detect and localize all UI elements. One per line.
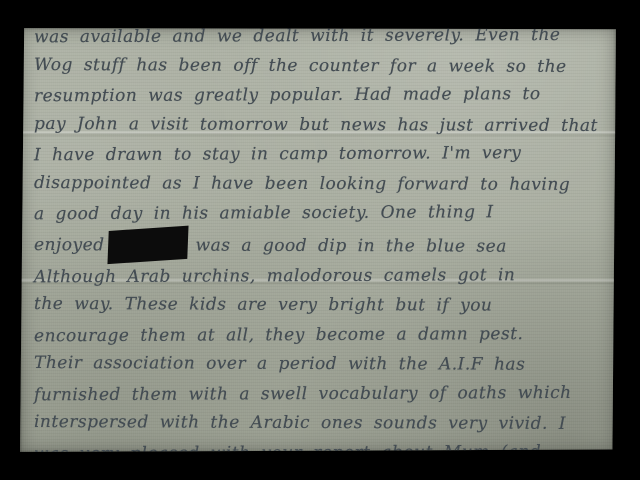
letter-line: Their association over a period with the… [34,349,612,381]
letter-line: interspersed with the Arabic ones sounds… [34,408,612,440]
letter-photo-screen: was available and we dealt with it sever… [0,0,640,480]
letter-line: I have drawn to stay in camp tomorrow. I… [34,139,612,171]
letter-line-redacted: enjoyedwas a good dip in the blue sea [34,227,612,262]
letter-line: resumption was greatly popular. Had made… [34,80,612,112]
letter-line: encourage them at all, they become a dam… [34,319,612,351]
letter-line: the way. These kids are very bright but … [34,290,612,322]
letter-line: furnished them with a swell vocabulary o… [34,378,612,410]
letter-text: was available and we dealt with it sever… [34,28,612,452]
letter-text-fragment: was a good dip in the blue sea [196,235,507,256]
redaction-block [107,225,188,263]
letter-line: a good day in his amiable society. One t… [34,198,612,230]
letter-line: was very pleased with your report about … [34,437,612,452]
letter-text-fragment: enjoyed [34,234,105,254]
letter-line: Although Arab urchins, malodorous camels… [34,260,612,292]
letter-line: was available and we dealt with it sever… [34,28,612,53]
letter-paper: was available and we dealt with it sever… [20,28,616,452]
letter-line: pay John a visit tomorrow but news has j… [34,109,612,141]
letter-line: Wog stuff has been off the counter for a… [34,50,612,82]
letter-line: disappointed as I have been looking forw… [34,168,612,200]
